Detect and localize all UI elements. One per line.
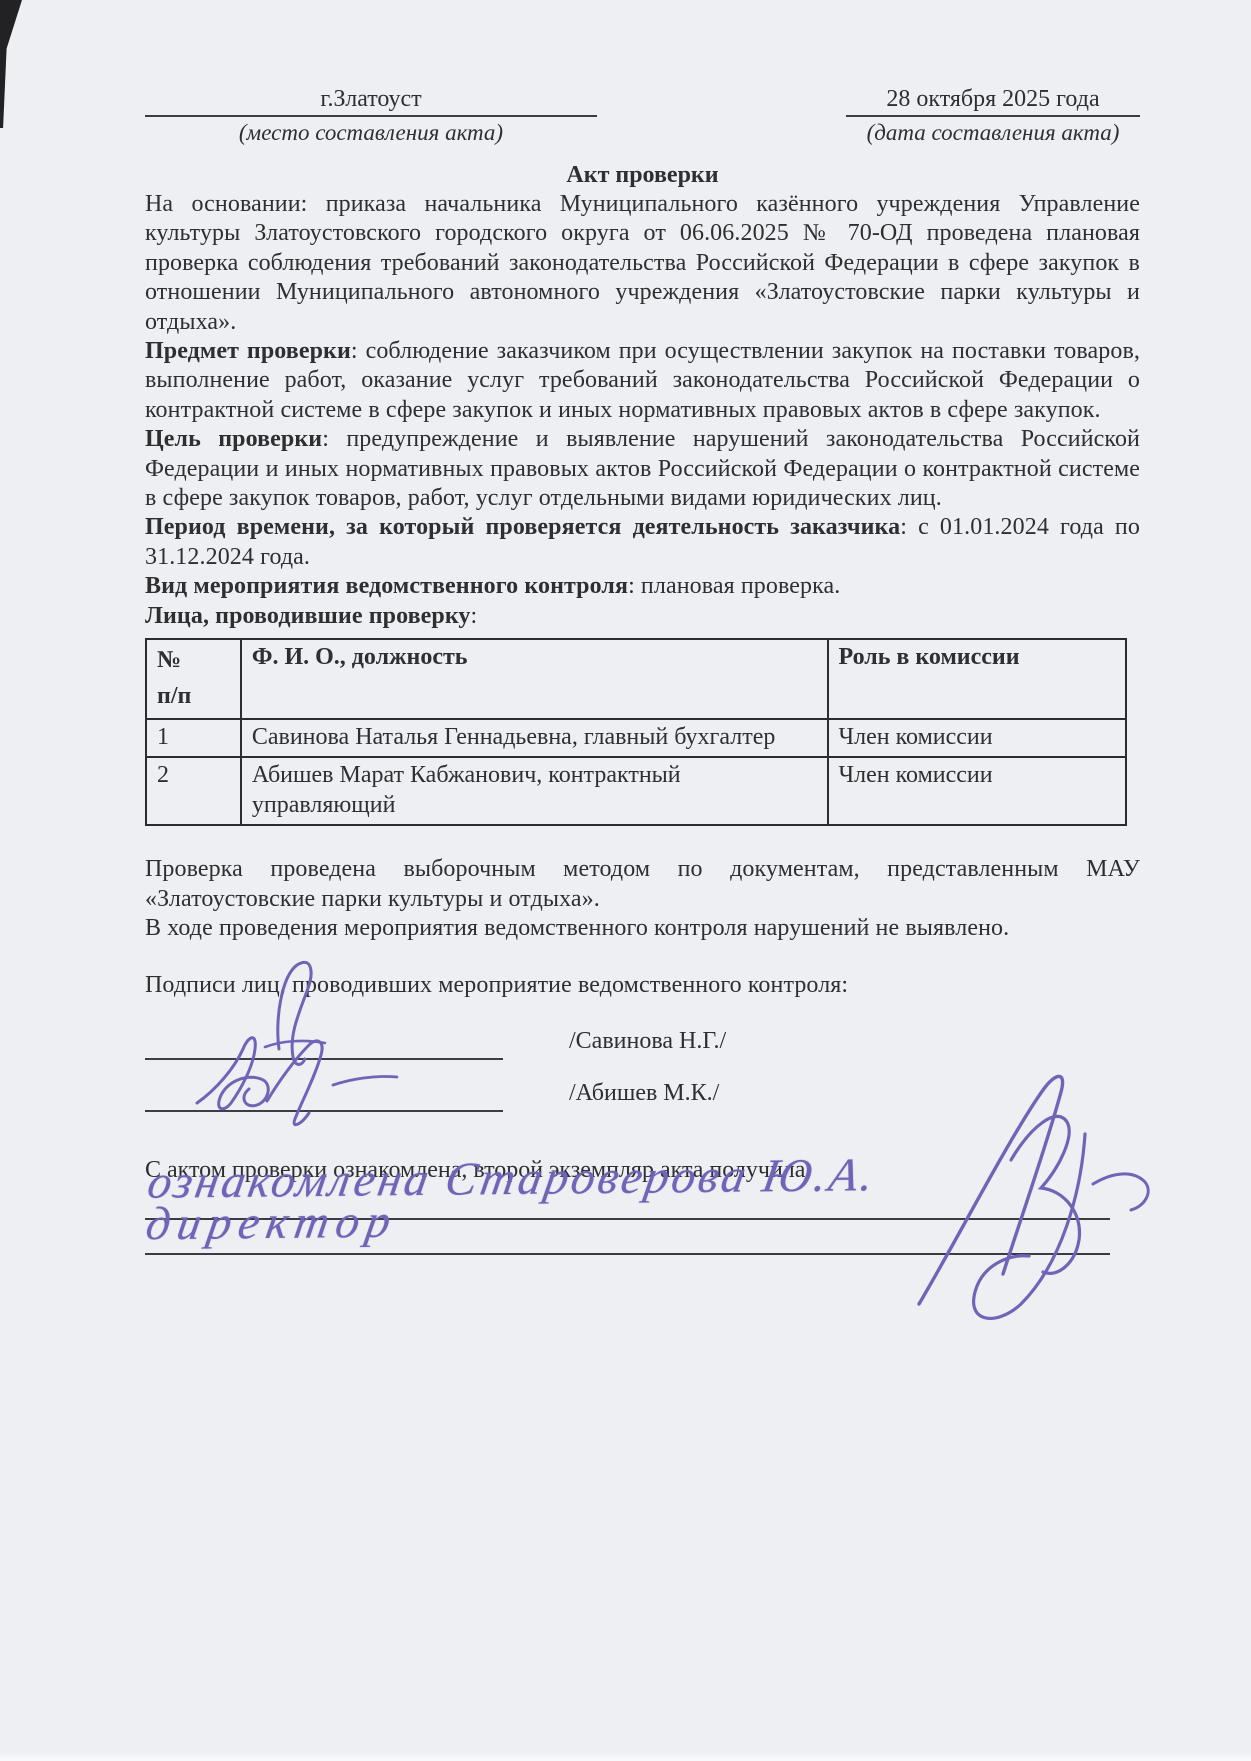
signatures-intro: Подписи лиц, проводивших мероприятие вед… <box>145 971 1140 1000</box>
goal-paragraph: Цель проверки: предупреждение и выявлени… <box>145 425 1140 513</box>
signer-label: /Абишев М.К./ <box>569 1079 719 1112</box>
paragraph-lead: Лица, проводившие проверку <box>145 603 471 629</box>
page-title: Акт проверки <box>145 162 1140 189</box>
acknowledgment-section: С актом проверки ознакомлена, второй экз… <box>145 1156 1140 1255</box>
signer-label: /Савинова Н.Г./ <box>569 1027 726 1060</box>
paragraph-lead: Вид мероприятия ведомственного контроля <box>145 573 628 599</box>
place-caption: (место составления акта) <box>145 118 597 147</box>
date-underline <box>846 115 1140 117</box>
row-number-cell: 1 <box>146 719 241 757</box>
paragraph-text: : плановая проверка. <box>628 573 840 599</box>
paragraph-lead: Предмет проверки <box>145 338 351 364</box>
table-row: 2 Абишев Марат Кабжанович, контрактный у… <box>146 757 1126 825</box>
document-page: г.Златоуст (место составления акта) 28 о… <box>0 0 1251 1761</box>
col-num-header-line2: п/п <box>157 678 230 714</box>
signature-block: /Савинова Н.Г./ /Абишев М.К./ <box>145 1011 1140 1112</box>
document-header: г.Златоуст (место составления акта) 28 о… <box>145 86 1140 147</box>
signature-underline <box>145 1011 503 1060</box>
method-paragraph: Проверка проведена выборочным методом по… <box>145 855 1140 914</box>
document-content: г.Златоуст (место составления акта) 28 о… <box>145 86 1140 1255</box>
col-name-header: Ф. И. О., должность <box>241 639 828 719</box>
paragraph-lead: Цель проверки <box>145 426 322 452</box>
subject-paragraph: Предмет проверки: соблюдение заказчиком … <box>145 337 1140 425</box>
signature-underline <box>145 1063 503 1112</box>
date-block: 28 октября 2025 года (дата составления а… <box>846 86 1140 147</box>
place-underline <box>145 115 597 117</box>
inspectors-lead-paragraph: Лица, проводившие проверку: <box>145 602 1140 631</box>
place-of-drafting-value: г.Златоуст <box>145 86 597 113</box>
handwritten-position: директор <box>142 1194 401 1251</box>
commission-table: № п/п Ф. И. О., должность Роль в комисси… <box>145 638 1127 826</box>
signature-row-savinova: /Савинова Н.Г./ <box>145 1011 1140 1060</box>
paragraph-text: На основании: приказа начальника Муницип… <box>145 191 1140 335</box>
row-number-cell: 2 <box>146 757 241 825</box>
date-of-drafting-value: 28 октября 2025 года <box>846 86 1140 113</box>
period-paragraph: Период времени, за который проверяется д… <box>145 513 1140 572</box>
page-bottom-shadow <box>0 1752 1251 1761</box>
result-paragraph: В ходе проведения мероприятия ведомствен… <box>145 914 1140 943</box>
table-row: 1 Савинова Наталья Геннадьевна, главный … <box>146 719 1126 757</box>
date-caption: (дата составления акта) <box>846 118 1140 147</box>
paragraph-lead: Период времени, за который проверяется д… <box>145 514 900 540</box>
event-type-paragraph: Вид мероприятия ведомственного контроля:… <box>145 572 1140 601</box>
signature-row-abishev: /Абишев М.К./ <box>145 1063 1140 1112</box>
col-num-header-line1: № <box>157 642 230 678</box>
person-name-cell: Абишев Марат Кабжанович, контрактный упр… <box>241 757 828 825</box>
role-cell: Член комиссии <box>828 757 1126 825</box>
role-cell: Член комиссии <box>828 719 1126 757</box>
table-header-row: № п/п Ф. И. О., должность Роль в комисси… <box>146 639 1126 719</box>
basis-paragraph: На основании: приказа начальника Муницип… <box>145 190 1140 337</box>
col-num-header: № п/п <box>146 639 241 719</box>
place-block: г.Златоуст (место составления акта) <box>145 86 597 147</box>
person-name-cell: Савинова Наталья Геннадьевна, главный бу… <box>241 719 828 757</box>
paragraph-text: : <box>471 603 478 629</box>
scan-corner-artifact <box>0 0 22 128</box>
col-role-header: Роль в комиссии <box>828 639 1126 719</box>
